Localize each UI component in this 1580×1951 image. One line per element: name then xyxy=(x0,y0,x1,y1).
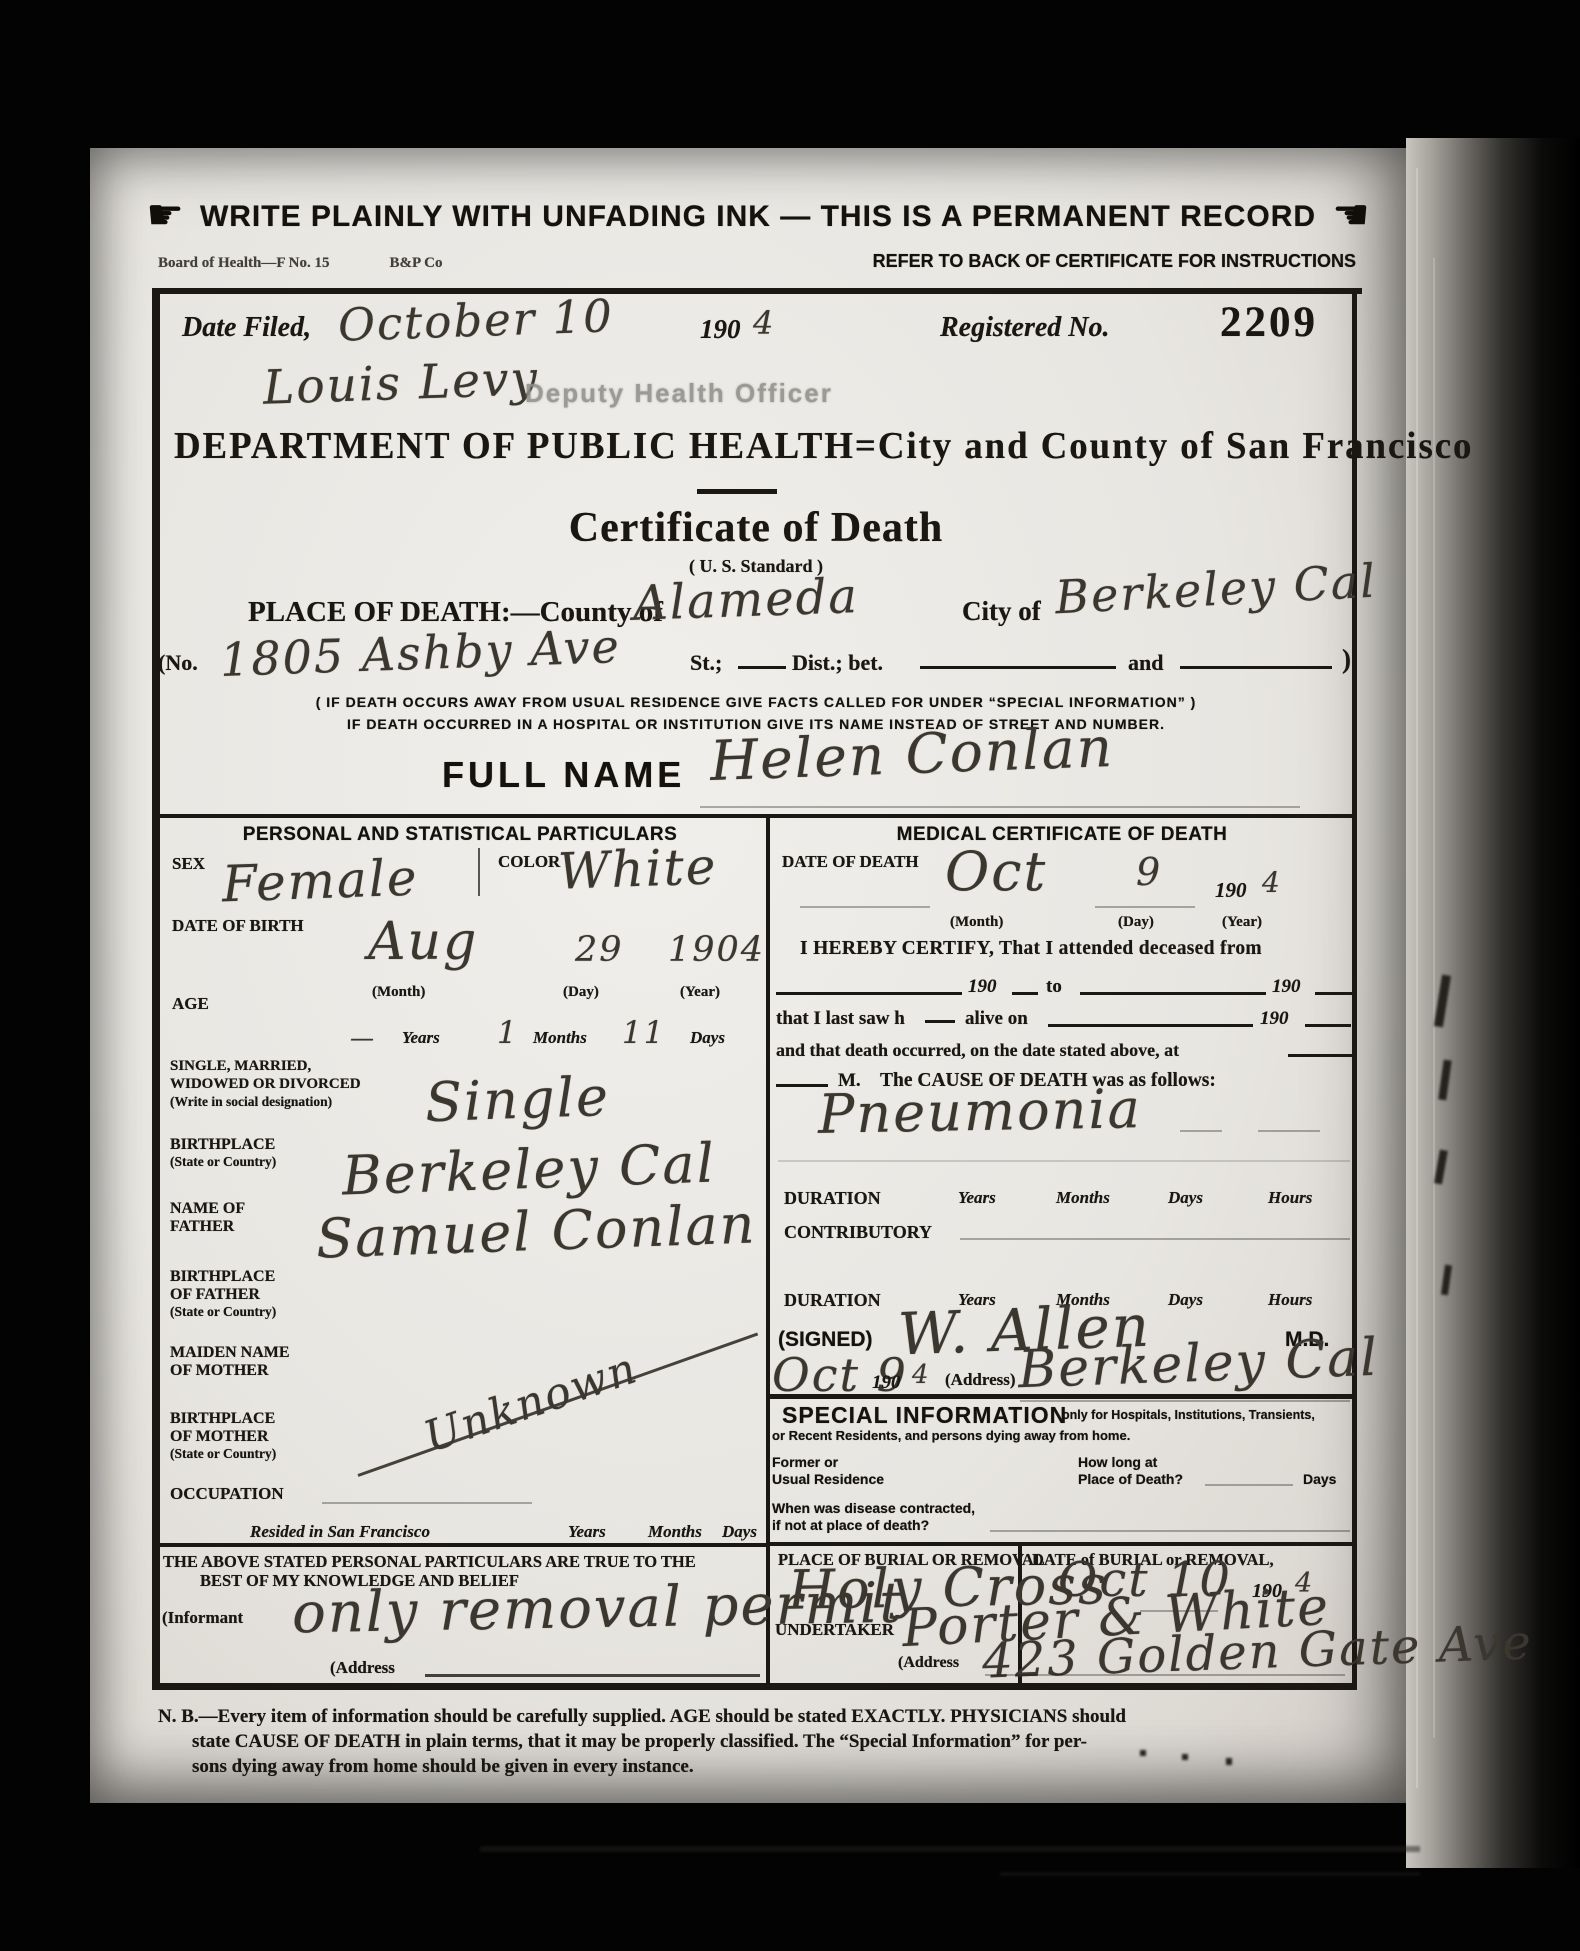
department-title: DEPARTMENT OF PUBLIC HEALTH=City and Cou… xyxy=(174,424,1338,468)
dob-day-caption: (Day) xyxy=(563,984,599,1001)
marital-label-2: WIDOWED OR DIVORCED xyxy=(170,1076,361,1093)
city-of-label: City of xyxy=(962,596,1041,627)
pointing-hand-left-icon: ☚ xyxy=(1332,200,1370,234)
st-label: St.; xyxy=(690,650,722,676)
column-divider xyxy=(766,814,770,1687)
age-label: AGE xyxy=(172,994,209,1014)
blank-line xyxy=(1020,1400,1350,1402)
mother-birthplace-label-1: BIRTHPLACE xyxy=(170,1410,275,1428)
blank-line xyxy=(1095,906,1195,908)
form-reference-left: Board of Health—F No. 15 B&P Co xyxy=(158,252,442,274)
marital-label-3: (Write in social designation) xyxy=(170,1094,332,1110)
page-edge-line xyxy=(1433,258,1435,1738)
dod-year-written: 4 xyxy=(1262,866,1282,899)
dod-year-printed: 190 xyxy=(1215,878,1247,903)
father-birthplace-label-2: OF FATHER xyxy=(170,1286,260,1304)
duration1-days-caption: Days xyxy=(1168,1188,1203,1208)
box-right-border xyxy=(1352,288,1357,1690)
year-printed: 190 xyxy=(700,314,741,345)
attestation-line-1: THE ABOVE STATED PERSONAL PARTICULARS AR… xyxy=(163,1552,696,1572)
birthplace-label: BIRTHPLACE xyxy=(170,1136,275,1154)
blank-line xyxy=(925,1020,955,1023)
certify-line: I HEREBY CERTIFY, That I attended deceas… xyxy=(800,938,1262,960)
age-years-caption: Years xyxy=(402,1028,440,1048)
mother-maiden-label-2: OF MOTHER xyxy=(170,1362,269,1380)
page-bottom-edge xyxy=(1000,1872,1420,1876)
special-info-title: SPECIAL INFORMATION xyxy=(782,1402,1067,1429)
blank-line xyxy=(1258,1130,1320,1132)
year-written: 4 xyxy=(753,304,775,342)
blank-line xyxy=(1180,1130,1222,1132)
signed-address-value: Berkeley Cal xyxy=(1017,1328,1380,1401)
sex-value: Female xyxy=(221,849,419,914)
dod-day-caption: (Day) xyxy=(1118,914,1154,931)
form-line xyxy=(778,1160,1350,1162)
disease-contracted-label-1: When was disease contracted, xyxy=(772,1500,975,1516)
blank-line xyxy=(1288,1054,1352,1057)
duration1-years-caption: Years xyxy=(958,1188,996,1208)
printer-stamp xyxy=(336,252,384,274)
informant-label: (Informant xyxy=(162,1608,243,1628)
refer-to-back-note: REFER TO BACK OF CERTIFICATE FOR INSTRUC… xyxy=(740,251,1356,272)
mother-maiden-label-1: MAIDEN NAME xyxy=(170,1344,290,1362)
date-of-death-label: DATE OF DEATH xyxy=(782,852,919,872)
certificate-title: Certificate of Death xyxy=(156,504,1356,552)
undertaker-label: UNDERTAKER xyxy=(775,1620,894,1640)
and-label: and xyxy=(1128,650,1163,676)
dob-day-value: 29 xyxy=(575,930,624,970)
dob-year-caption: (Year) xyxy=(680,984,720,1001)
county-value: Alameda xyxy=(632,568,860,632)
title-divider-rule xyxy=(697,489,777,494)
dob-month-caption: (Month) xyxy=(372,984,425,1001)
page-bottom-edge xyxy=(480,1846,1420,1852)
special-info-title-suffix: only for Hospitals, Institutions, Transi… xyxy=(1062,1408,1315,1422)
resided-months-caption: Months xyxy=(648,1522,702,1542)
page-stack-edge xyxy=(1406,138,1580,1868)
contributory-label: CONTRIBUTORY xyxy=(784,1222,932,1243)
contributory-blank-line xyxy=(960,1238,1350,1240)
medical-section-title: MEDICAL CERTIFICATE OF DEATH xyxy=(770,824,1354,846)
signed-address-label: (Address) xyxy=(945,1370,1016,1390)
banner-text: WRITE PLAINLY WITH UNFADING INK — THIS I… xyxy=(200,200,1316,234)
dob-year-value: 1904 xyxy=(668,930,765,970)
disease-contracted-label-2: if not at place of death? xyxy=(772,1517,929,1533)
form-number: Board of Health—F No. 15 xyxy=(158,255,330,272)
street-no-label: (No. xyxy=(158,650,198,676)
disease-contracted-blank-line xyxy=(990,1530,1350,1532)
age-months-caption: Months xyxy=(533,1028,587,1048)
ink-dot xyxy=(1182,1754,1188,1760)
blank-line xyxy=(1305,1024,1351,1027)
duration1-hours-caption: Hours xyxy=(1268,1188,1312,1208)
full-name-underline xyxy=(700,806,1300,808)
birthplace-sublabel: (State or Country) xyxy=(170,1154,276,1170)
last-saw-190: 190 xyxy=(1260,1008,1289,1030)
death-occurred-line: and that death occurred, on the date sta… xyxy=(776,1040,1179,1061)
occupation-blank-line xyxy=(322,1502,532,1504)
blank-line xyxy=(920,666,1116,669)
registered-no-label: Registered No. xyxy=(940,312,1110,344)
burial-top-rule xyxy=(770,1542,1357,1546)
marital-value: Single xyxy=(424,1065,611,1134)
deputy-health-officer-stamp: Deputy Health Officer xyxy=(525,378,833,409)
blank-line xyxy=(738,666,786,669)
footer-note-line-2: state CAUSE OF DEATH in plain terms, tha… xyxy=(192,1731,1087,1753)
registered-no-value: 2209 xyxy=(1220,298,1318,347)
clerk-signature: Louis Levy xyxy=(262,351,540,416)
occupation-label: OCCUPATION xyxy=(170,1484,284,1504)
top-banner: ☛ WRITE PLAINLY WITH UNFADING INK — THIS… xyxy=(160,200,1356,234)
informant-address-line xyxy=(425,1674,760,1677)
age-days-value: 11 xyxy=(622,1015,665,1051)
former-residence-label-2: Usual Residence xyxy=(772,1471,884,1487)
attestation-rule xyxy=(152,1543,770,1547)
footer-note-line-1: N. B.—Every item of information should b… xyxy=(158,1706,1126,1728)
blank-line xyxy=(1315,992,1353,995)
date-of-birth-label: DATE OF BIRTH xyxy=(172,916,304,936)
how-long-label-2: Place of Death? xyxy=(1078,1471,1183,1487)
how-long-days-caption: Days xyxy=(1303,1471,1336,1487)
residence-note-1: ( IF DEATH OCCURS AWAY FROM USUAL RESIDE… xyxy=(156,694,1356,710)
cause-of-death-value: Pneumonia xyxy=(817,1077,1142,1146)
blank-line xyxy=(1012,992,1038,995)
father-birthplace-label-3: (State or Country) xyxy=(170,1304,276,1320)
duration1-months-caption: Months xyxy=(1056,1188,1110,1208)
dod-month-caption: (Month) xyxy=(950,914,1003,931)
blank-line xyxy=(1080,992,1266,995)
pointing-hand-right-icon: ☛ xyxy=(146,200,184,234)
to-label: to xyxy=(1046,976,1062,998)
certify-190-a: 190 xyxy=(968,976,997,998)
father-name-label-1: NAME OF xyxy=(170,1200,245,1218)
dob-month-value: Aug xyxy=(368,912,478,972)
footer-note-line-3: sons dying away from home should be give… xyxy=(192,1756,694,1778)
dist-bet-label: Dist.; bet. xyxy=(792,650,883,676)
date-filed-label: Date Filed, xyxy=(182,312,311,344)
alive-on-label: alive on xyxy=(965,1008,1028,1030)
marital-label-1: SINGLE, MARRIED, xyxy=(170,1058,311,1075)
special-info-top-rule xyxy=(770,1394,1357,1399)
undertaker-address-label: (Address xyxy=(898,1654,959,1672)
certify-190-b: 190 xyxy=(1272,976,1301,998)
blank-line xyxy=(1048,1024,1253,1027)
full-name-label: FULL NAME xyxy=(442,754,685,796)
blank-line xyxy=(985,1674,1345,1676)
how-long-label-1: How long at xyxy=(1078,1454,1157,1470)
dod-year-caption: (Year) xyxy=(1222,914,1262,931)
dod-month-value: Oct xyxy=(945,840,1047,903)
mother-birthplace-label-2: OF MOTHER xyxy=(170,1428,269,1446)
blank-line xyxy=(776,992,962,995)
blank-line xyxy=(1180,666,1332,669)
box-left-border xyxy=(152,288,160,1690)
date-filed-value: October 10 xyxy=(337,289,614,352)
age-days-caption: Days xyxy=(690,1028,725,1048)
printer-name: B&P Co xyxy=(390,255,443,272)
age-months-value: 1 xyxy=(497,1015,519,1051)
mother-birthplace-label-3: (State or Country) xyxy=(170,1446,276,1462)
color-value: White xyxy=(557,837,718,901)
page-edge-line xyxy=(1416,168,1418,1788)
informant-address-label: (Address xyxy=(330,1658,395,1678)
sex-color-divider xyxy=(478,848,480,896)
ink-dot xyxy=(1140,1750,1146,1756)
ink-dot xyxy=(1226,1758,1232,1765)
color-label: COLOR xyxy=(498,852,560,872)
duration1-label: DURATION xyxy=(784,1188,881,1209)
special-info-title-line2: or Recent Residents, and persons dying a… xyxy=(772,1428,1130,1443)
close-paren: ) xyxy=(1342,644,1351,675)
resided-days-caption: Days xyxy=(722,1522,757,1542)
age-years-value: — xyxy=(350,1024,376,1052)
signed-year-printed: 190 xyxy=(872,1372,901,1394)
blank-line xyxy=(800,906,930,908)
duration2-label: DURATION xyxy=(784,1290,881,1311)
last-saw-line: that I last saw h xyxy=(776,1008,905,1030)
duration2-days-caption: Days xyxy=(1168,1290,1203,1310)
sex-label: SEX xyxy=(172,854,205,874)
signed-year-written: 4 xyxy=(912,1360,931,1390)
box-top-rule xyxy=(152,288,1362,294)
columns-top-rule xyxy=(152,814,1357,818)
father-birthplace-label-1: BIRTHPLACE xyxy=(170,1268,275,1286)
dod-day-value: 9 xyxy=(1136,850,1162,894)
box-bottom-rule xyxy=(152,1683,1357,1690)
scanned-death-certificate: ☛ WRITE PLAINLY WITH UNFADING INK — THIS… xyxy=(0,0,1580,1951)
how-long-blank-line xyxy=(1205,1484,1293,1486)
resided-years-caption: Years xyxy=(568,1522,606,1542)
father-name-label-2: FATHER xyxy=(170,1218,234,1236)
resided-label: Resided in San Francisco xyxy=(250,1522,430,1542)
duration2-hours-caption: Hours xyxy=(1268,1290,1312,1310)
former-residence-label-1: Former or xyxy=(772,1454,838,1470)
